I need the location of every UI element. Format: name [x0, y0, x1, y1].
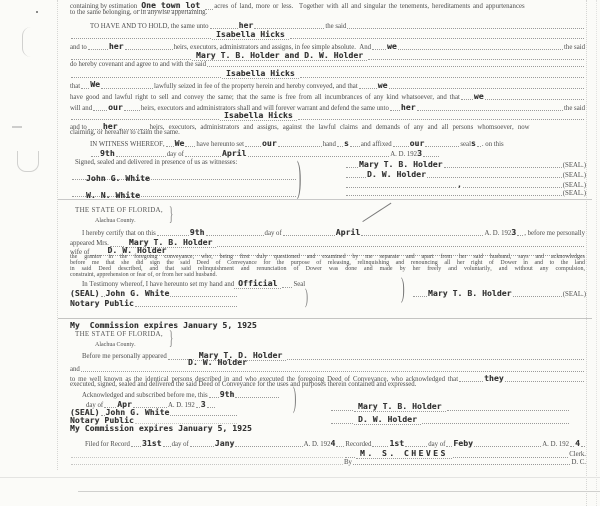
binder-mark: [17, 151, 39, 172]
acknowledging-signature: Mary T. B. Holder: [428, 289, 512, 298]
typed-entry: her: [239, 21, 254, 30]
grantor-signature: D. W. Holder: [367, 170, 426, 179]
dotted-leader: [423, 156, 439, 157]
dotted-leader: [413, 296, 427, 297]
dotted-leader: [248, 156, 390, 157]
acknowledging-signature: Mary T. B. Holder: [354, 402, 446, 412]
form-text: executed, signed, sealed and delivered t…: [70, 381, 416, 388]
dotted-leader: [331, 423, 353, 424]
form-text: lawfully seized in fee of the property h…: [154, 83, 358, 90]
dotted-leader: [368, 59, 584, 60]
form-text: to the same belonging, or in anywise app…: [70, 9, 207, 16]
filed-day: 31st: [142, 439, 162, 448]
form-text: In Testimony whereof, I have hereunto se…: [82, 281, 234, 288]
execution-day: 9th: [100, 149, 115, 158]
state-label: THE STATE OF FLORIDA,: [75, 206, 163, 214]
dotted-leader: [447, 410, 569, 411]
dotted-leader: [116, 156, 166, 157]
dotted-leader: [336, 446, 344, 447]
dotted-leader: [254, 28, 324, 29]
clerk-line: M. S. CHEVES Clerk.: [70, 449, 586, 459]
section-divider: [58, 318, 592, 319]
dotted-leader: [209, 397, 219, 398]
typed-entry: s: [471, 139, 476, 148]
form-text: the said: [325, 23, 346, 30]
dotted-leader: [427, 177, 562, 178]
dotted-leader: [405, 446, 427, 447]
form-text: day of: [428, 441, 445, 448]
dotted-leader: [446, 446, 452, 447]
dotted-leader: [425, 146, 459, 147]
dower-release-paragraph: the grantor in the foregoing conveyance,…: [70, 254, 585, 278]
dotted-leader: [453, 457, 568, 458]
form-text: and affixed: [361, 141, 392, 148]
dotted-leader: [101, 88, 153, 89]
acknowledging-signature-line: D. W. Holder: [330, 415, 570, 425]
dotted-leader: [389, 88, 584, 89]
recorded-year: 4: [575, 439, 580, 448]
acknowledgment-day: 9th: [190, 228, 205, 237]
dotted-leader: [235, 397, 279, 398]
grantor-seal-line: (SEAL.): [345, 190, 586, 197]
grantee-name-line: Isabella Hicks: [70, 69, 585, 79]
page-edge-line-left: [57, 0, 58, 470]
testimony-line: In Testimony whereof, I have hereunto se…: [82, 279, 400, 289]
commission-expiry: My Commission expires January 5, 1925: [70, 424, 252, 433]
form-text: . on this: [482, 141, 504, 148]
seal-label: (SEAL.): [563, 291, 586, 298]
stray-mark: ,: [457, 180, 462, 189]
grantee-name: Isabella Hicks: [212, 30, 289, 40]
dotted-leader: [235, 446, 302, 447]
dotted-leader: [185, 156, 221, 157]
dotted-leader: [444, 167, 562, 168]
dotted-leader: [190, 446, 214, 447]
section-divider: [58, 199, 592, 200]
state-label: THE STATE OF FLORIDA,: [75, 330, 163, 338]
appeared-line: Before me personally appeared Mary T. D.…: [82, 351, 585, 361]
form-text: Before me personally appeared: [82, 353, 167, 360]
commission-expiry: My Commission expires January 5, 1925: [70, 321, 257, 330]
paragraph-line: constraint, apprehension or fear of, or …: [70, 272, 585, 278]
execution-year: 3: [417, 149, 422, 158]
form-text: seal: [460, 141, 471, 148]
dotted-leader: [477, 146, 481, 147]
form-text: IN WITNESS WHEREOF,: [90, 141, 165, 148]
witness-signature-line: John G. White: [72, 168, 296, 180]
covenant-line: do hereby covenant and agree to and with…: [70, 61, 585, 68]
dotted-leader: [353, 464, 571, 465]
form-text: and to: [70, 44, 87, 51]
form-text: Seal: [293, 281, 305, 288]
dotted-leader: [91, 156, 99, 157]
page-edge-line-right: [586, 0, 587, 506]
dotted-leader: [278, 146, 322, 147]
warranty-clause-line: have good and lawful right to sell and c…: [70, 92, 585, 101]
dotted-leader: [135, 306, 237, 307]
binder-mark: [22, 27, 32, 57]
grantor-signature: Mary T. B. Holder: [359, 160, 443, 169]
dotted-leader: [71, 464, 343, 465]
dotted-leader: [570, 446, 574, 447]
notary-title-line: Notary Public: [70, 299, 238, 308]
grantor-seal-line: Mary T. B. Holder (SEAL.): [345, 160, 586, 169]
witness-signature-line: W. N. White: [72, 185, 296, 197]
grantor-names-line: Mary T. B. Holder and D. W. Holder: [70, 51, 585, 61]
notary-signature: John G. White: [106, 289, 170, 298]
witness-bracket: ): [297, 154, 301, 197]
commission-expiry-line: My Commission expires January 5, 1925: [70, 424, 300, 433]
notary-bracket: ): [305, 286, 308, 308]
dotted-leader: [210, 28, 238, 29]
dotted-leader: [245, 146, 261, 147]
dotted-leader: [282, 287, 292, 288]
commission-expiry-line: My Commission expires January 5, 1925: [70, 321, 300, 330]
grantee-name: Isabella Hicks: [222, 69, 299, 79]
acknowledged-line: Acknowledged and subscribed before me, t…: [82, 390, 280, 399]
form-text: A. D. 192: [390, 151, 417, 158]
heirs-clause-line: and to her heirs, executors, administrat…: [70, 42, 585, 51]
by-label: By: [344, 459, 352, 466]
dotted-leader: [346, 195, 562, 196]
county-label: Alachua County.: [95, 218, 136, 224]
filing-line: Filed for Record 31st day of Jany A. D. …: [85, 439, 586, 448]
grantee-name-line: Isabella Hicks: [70, 30, 585, 40]
form-text: Acknowledged and subscribed before me, t…: [82, 392, 208, 399]
dotted-leader: [345, 457, 355, 458]
dotted-leader: [283, 235, 335, 236]
form-text: Recorded: [345, 441, 371, 448]
notary-title: Notary Public: [70, 299, 134, 308]
dotted-leader: [513, 296, 562, 297]
identity-clause-line: executed, signed, sealed and delivered t…: [70, 381, 585, 388]
form-text: day of: [172, 441, 189, 448]
typed-entry: we: [387, 42, 397, 51]
ink-speck: [36, 11, 38, 13]
dotted-leader: [71, 119, 219, 120]
dotted-leader: [170, 296, 237, 297]
dotted-leader: [346, 177, 366, 178]
dotted-leader: [398, 49, 563, 50]
acknowledgment-year: 3: [511, 228, 516, 237]
form-text: Signed, sealed and delivered in presence…: [75, 159, 237, 166]
dotted-leader: [361, 235, 483, 236]
form-text: and: [70, 366, 80, 373]
dotted-leader: [372, 446, 388, 447]
recorded-month: Feby: [453, 439, 473, 448]
scan-smudge: [12, 126, 22, 128]
dotted-leader: [581, 446, 585, 447]
typed-entry: s: [344, 139, 349, 148]
seal-label: (SEAL.): [563, 182, 586, 189]
venue-county: Alachua County.: [95, 218, 200, 224]
dotted-leader: [331, 410, 353, 411]
typed-entry: We: [90, 80, 100, 89]
filed-month: Jany: [215, 439, 235, 448]
dotted-leader: [125, 49, 173, 50]
venue-state: THE STATE OF FLORIDA,: [75, 330, 260, 338]
dotted-leader: [517, 235, 523, 236]
dotted-leader: [81, 88, 89, 89]
witness-signature: John G. White: [86, 174, 150, 183]
execution-date-line: 9th day of April A. D. 192 3: [90, 149, 440, 158]
form-text: that: [70, 83, 80, 90]
dotted-leader: [157, 235, 189, 236]
defense-clause-line: claiming, or hereafter to claim the same…: [70, 129, 585, 136]
seal-label: (SEAL.): [563, 172, 586, 179]
deputy-clerk-line: By D. C.: [70, 459, 586, 466]
dotted-leader: [81, 371, 584, 372]
dotted-leader: [71, 457, 343, 458]
form-text: Filed for Record: [85, 441, 130, 448]
venue-county: Alachua County.: [95, 342, 200, 348]
and-line: and: [70, 366, 585, 373]
acknowledging-signature-line: Mary T. B. Holder (SEAL.): [412, 289, 586, 298]
dotted-leader: [393, 146, 409, 147]
seizin-clause-line: that We lawfully seized in fee of the pr…: [70, 81, 585, 90]
form-text: have good and lawful right to sell and c…: [70, 94, 460, 101]
dotted-leader: [372, 49, 386, 50]
dotted-leader: [185, 146, 195, 147]
acknowledging-signature: D. W. Holder: [354, 415, 421, 425]
form-text: heirs, executors, administrators and ass…: [174, 44, 371, 51]
page-boundary-line: [0, 477, 600, 478]
acknowledging-signature-line: Mary T. B. Holder: [330, 402, 570, 412]
form-text: I hereby certify that on this: [82, 230, 156, 237]
dotted-leader: [300, 77, 584, 78]
dotted-leader: [461, 99, 473, 100]
acknowledgment-day: 9th: [220, 390, 235, 399]
form-text: do hereby covenant and agree to and with…: [70, 61, 206, 68]
county-label: Alachua County.: [95, 342, 136, 348]
grantor-seal-line: D. W. Holder (SEAL.): [345, 170, 586, 179]
dotted-leader: [287, 359, 584, 360]
dotted-leader: [166, 146, 174, 147]
page-edge-line-right-outer: [596, 0, 597, 506]
dotted-leader: [347, 28, 584, 29]
grantor-names: Mary T. B. Holder and D. W. Holder: [192, 51, 367, 61]
filed-year: 4: [330, 439, 335, 448]
testimony-bracket: ): [401, 276, 405, 305]
grantee-name-line: Isabella Hicks: [70, 111, 585, 121]
habendum-line: TO HAVE AND TO HOLD, the same unto her t…: [90, 21, 585, 30]
dotted-leader: [463, 187, 562, 188]
typed-entry: our: [410, 139, 425, 148]
page-boundary-line: [78, 491, 600, 492]
typed-entry: we: [378, 81, 388, 90]
dotted-leader: [101, 296, 105, 297]
form-text: day of: [265, 230, 282, 237]
dotted-leader: [163, 446, 171, 447]
seal-label: (SEAL.): [563, 162, 586, 169]
typed-entry: our: [262, 139, 277, 148]
dotted-leader: [474, 446, 541, 447]
dotted-leader: [131, 446, 141, 447]
dotted-leader: [290, 38, 584, 39]
execution-month: April: [222, 149, 247, 158]
dotted-leader: [337, 146, 343, 147]
form-text: have hereunto set: [196, 141, 244, 148]
dotted-leader: [71, 38, 211, 39]
form-text: claiming, or hereafter to claim the same…: [70, 129, 180, 136]
dotted-leader: [359, 88, 377, 89]
scanned-deed-document: containing by estimation One town lot ac…: [0, 0, 600, 506]
dotted-leader: [206, 235, 264, 236]
form-text: hand: [323, 141, 336, 148]
dotted-leader: [346, 187, 456, 188]
dotted-leader: [346, 167, 358, 168]
typed-entry: We: [175, 139, 185, 148]
certify-line: I hereby certify that on this 9th day of…: [82, 228, 585, 237]
deputy-clerk-label: D. C.: [571, 459, 586, 466]
clerk-label: Clerk.: [569, 451, 586, 458]
notary-seal-label: (SEAL): [70, 289, 100, 298]
form-text: , before me personally: [524, 230, 585, 237]
acknowledgment-month: April: [336, 228, 361, 237]
form-text: TO HAVE AND TO HOLD, the same unto: [90, 23, 209, 30]
typed-entry: her: [109, 42, 124, 51]
dotted-leader: [207, 66, 584, 67]
dotted-leader: [71, 77, 221, 78]
dotted-leader: [298, 119, 584, 120]
dotted-leader: [71, 59, 191, 60]
dotted-leader: [88, 49, 108, 50]
clerk-name: M. S. CHEVES: [356, 449, 452, 459]
granting-clause-line: to the same belonging, or in anywise app…: [70, 9, 585, 16]
notary-signature-line: (SEAL) John G. White: [70, 289, 238, 298]
typed-entry: Official: [234, 279, 281, 289]
dotted-leader: [422, 423, 569, 424]
dotted-leader: [350, 146, 360, 147]
grantee-name: Isabella Hicks: [220, 111, 297, 121]
form-text: the said: [564, 44, 585, 51]
seal-label: (SEAL.): [563, 190, 586, 197]
witnesses-label: Signed, sealed and delivered in presence…: [75, 159, 290, 166]
form-text: A. D. 192: [304, 441, 331, 448]
form-text: A. D. 192: [542, 441, 569, 448]
pen-slash-mark: [362, 203, 391, 223]
form-text: A. D. 192: [484, 230, 511, 237]
grantor-seal-line: , (SEAL.): [345, 180, 586, 189]
acknowledgment-bracket: ): [293, 386, 296, 416]
form-text: day of: [167, 151, 184, 158]
dotted-leader: [485, 99, 584, 100]
recorded-day: 1st: [389, 439, 404, 448]
witness-whereof-line: IN WITNESS WHEREOF, We have hereunto set…: [90, 139, 585, 148]
venue-state: THE STATE OF FLORIDA,: [75, 206, 260, 214]
typed-entry: we: [474, 92, 484, 101]
